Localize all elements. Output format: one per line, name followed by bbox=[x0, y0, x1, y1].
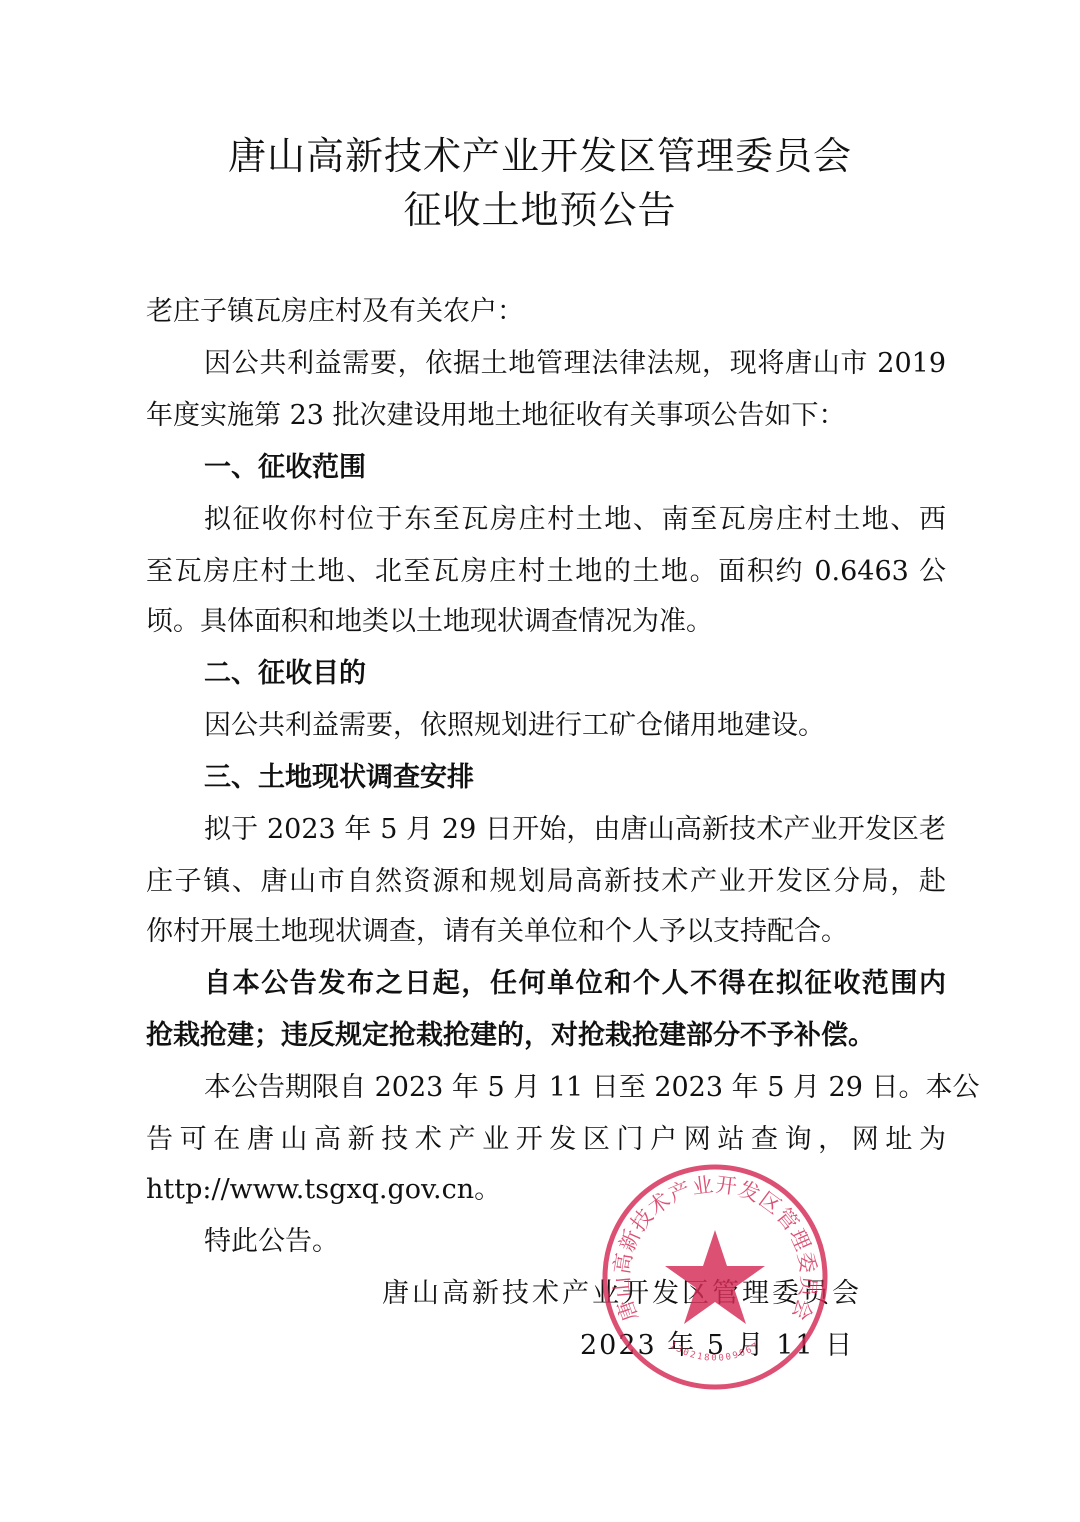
survey-line-3: 你村开展土地现状调查，请有关单位和个人予以支持配合。 bbox=[146, 914, 848, 950]
closing-text: 特此公告。 bbox=[204, 1224, 339, 1260]
section-heading-survey: 三、土地现状调查安排 bbox=[204, 760, 474, 796]
document-page: 唐山高新技术产业开发区管理委员会 征收土地预公告 老庄子镇瓦房庄村及有关农户： … bbox=[0, 0, 1080, 1522]
survey-line-2: 庄子镇、唐山市自然资源和规划局高新技术产业开发区分局，赴 bbox=[146, 864, 946, 900]
period-line-2: 告可在唐山高新技术产业开发区门户网站查询，网址为 bbox=[146, 1122, 946, 1158]
scope-line-2: 至瓦房庄村土地、北至瓦房庄村土地的土地。面积约 0.6463 公 bbox=[146, 554, 946, 590]
signature-organization: 唐山高新技术产业开发区管理委员会 bbox=[382, 1276, 862, 1312]
document-title-line-1: 唐山高新技术产业开发区管理委员会 bbox=[0, 130, 1080, 182]
survey-line-1: 拟于 2023 年 5 月 29 日开始，由唐山高新技术产业开发区老 bbox=[204, 812, 946, 848]
purpose-line-1: 因公共利益需要，依照规划进行工矿仓储用地建设。 bbox=[204, 708, 825, 744]
intro-line-2: 年度实施第 23 批次建设用地土地征收有关事项公告如下： bbox=[146, 398, 846, 434]
warning-line-1: 自本公告发布之日起，任何单位和个人不得在拟征收范围内 bbox=[204, 966, 946, 1002]
intro-line-1: 因公共利益需要，依据土地管理法律法规，现将唐山市 2019 bbox=[204, 346, 946, 382]
website-url: http://www.tsgxq.gov.cn。 bbox=[146, 1172, 501, 1208]
scope-line-3: 顷。具体面积和地类以土地现状调查情况为准。 bbox=[146, 604, 713, 640]
warning-line-2: 抢栽抢建；违反规定抢栽抢建的，对抢栽抢建部分不予补偿。 bbox=[146, 1018, 875, 1054]
section-heading-scope: 一、征收范围 bbox=[204, 450, 366, 486]
document-title-line-2: 征收土地预公告 bbox=[0, 184, 1080, 236]
salutation: 老庄子镇瓦房庄村及有关农户： bbox=[146, 294, 524, 330]
scope-line-1: 拟征收你村位于东至瓦房庄村土地、南至瓦房庄村土地、西 bbox=[204, 502, 946, 538]
signature-date: 2023 年 5 月 11 日 bbox=[580, 1328, 854, 1364]
period-line-1: 本公告期限自 2023 年 5 月 11 日至 2023 年 5 月 29 日。… bbox=[204, 1070, 946, 1106]
section-heading-purpose: 二、征收目的 bbox=[204, 656, 366, 692]
